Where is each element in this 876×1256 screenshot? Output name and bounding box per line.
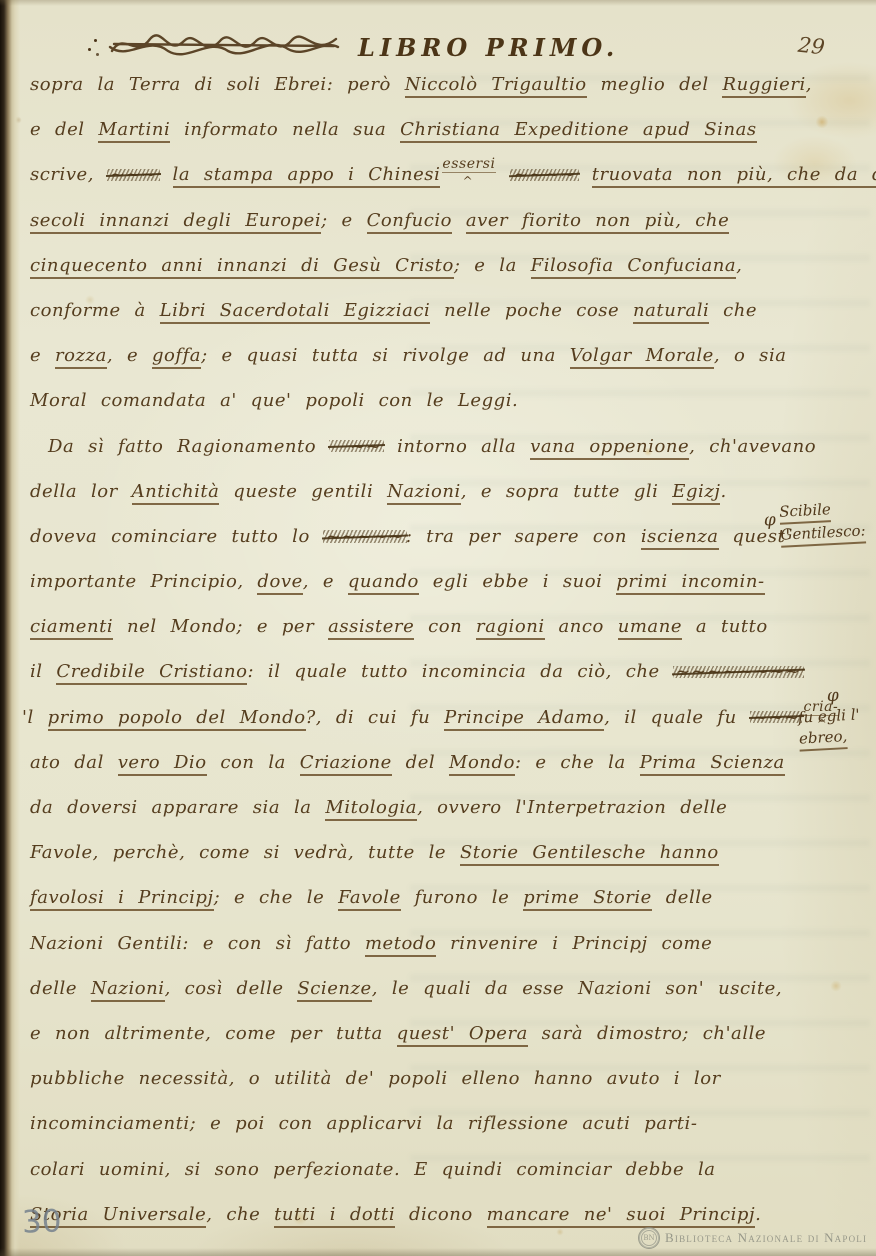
handwritten-text: iscienza (641, 526, 719, 550)
handwritten-text: umane (618, 616, 682, 640)
seal-monogram: BN (643, 1234, 654, 1242)
margin-note-lines: fu egli l'ebreo, (797, 704, 861, 751)
handwritten-text: Christiana Expeditione apud Sinas (400, 119, 757, 143)
handwritten-text: secoli innanzi degli Europei (30, 210, 321, 234)
manuscript-line: e non altrimente, come per tutta quest' … (30, 1023, 836, 1068)
handwritten-text: anco (545, 616, 618, 637)
handwritten-text: Favole (338, 887, 401, 911)
handwritten-text: , (806, 74, 812, 95)
handwritten-text: , il quale fu (604, 707, 750, 728)
handwritten-text: metodo (365, 933, 436, 957)
handwritten-text: truovata non più, che da due (592, 164, 876, 188)
handwritten-text: Principe Adamo (444, 707, 604, 731)
handwritten-text: naturali (633, 300, 709, 324)
handwritten-text: da doversi apparare sia la (30, 797, 325, 818)
handwritten-text: : tra per sapere con (406, 526, 641, 547)
manuscript-line: importante Principio, dove, e quando egl… (30, 571, 836, 616)
handwritten-text: a tutto (682, 616, 768, 637)
handwritten-text: Martini (98, 119, 170, 143)
handwritten-text: quest' Opera (397, 1023, 528, 1047)
handwritten-text (578, 164, 592, 185)
handwritten-text: , così delle (165, 978, 298, 999)
handwritten-text: delle (652, 887, 713, 908)
paragraph-mark-icon: φ (763, 510, 776, 531)
handwritten-text: e non altrimente, come per tutta (30, 1023, 397, 1044)
handwritten-text: , e sopra tutte gli (461, 481, 673, 502)
handwritten-text: rinvenire i Principj come (436, 933, 712, 954)
handwritten-text: Antichità (132, 481, 220, 505)
manuscript-line: e rozza, e goffa; e quasi tutta si rivol… (30, 345, 836, 390)
manuscript-line: conforme à Libri Sacerdotali Egizziaci n… (30, 300, 836, 345)
handwritten-text: importante Principio, (30, 571, 257, 592)
folio-number-top: 29 (797, 33, 826, 60)
handwritten-text: ciamenti (30, 616, 113, 640)
handwritten-text: ; e quasi tutta si rivolge ad una (201, 345, 570, 366)
handwritten-text: queste gentili (219, 481, 387, 502)
handwritten-text: meglio del (587, 74, 723, 95)
ink-dots (86, 35, 102, 59)
handwritten-text: nelle poche cose (430, 300, 633, 321)
handwritten-text: pubbliche necessità, o utilità de' popol… (30, 1068, 721, 1089)
body-lines: sopra la Terra di soli Ebrei: però Nicco… (30, 74, 836, 1249)
handwritten-text: tutti i dotti (274, 1204, 395, 1228)
manuscript-line: doveva cominciare tutto lo ~~~~~: tra pe… (30, 526, 836, 571)
handwritten-text: Moral comandata a' que' popoli con le Le… (30, 390, 518, 411)
handwritten-text: colari uomini, si sono perfezionate. E q… (30, 1159, 716, 1180)
handwritten-text: Da sì fatto Ragionamento (48, 436, 330, 457)
manuscript-line: colari uomini, si sono perfezionate. E q… (30, 1159, 836, 1204)
paragraph-mark-icon: φ (826, 685, 855, 706)
manuscript-page: LIBRO PRIMO. 29 sopra la Terra di soli E… (0, 0, 876, 1256)
manuscript-line: il Credibile Cristiano: il quale tutto i… (30, 661, 836, 706)
handwritten-text: . (720, 481, 726, 502)
handwritten-text: e del (30, 119, 98, 140)
handwritten-text: Mitologia (325, 797, 417, 821)
handwritten-text (452, 210, 466, 231)
handwritten-text: Prima Scienza (640, 752, 785, 776)
manuscript-line: Favole, perchè, come si vedrà, tutte le … (30, 842, 836, 887)
handwritten-text: della lor (30, 481, 132, 502)
handwritten-text: Nazioni (387, 481, 461, 505)
margin-note-text: fu egli l' (797, 705, 860, 726)
deleted-text: ~~ (330, 436, 383, 457)
handwritten-text: : e che la (515, 752, 640, 773)
manuscript-line: Moral comandata a' que' popoli con le Le… (30, 390, 836, 435)
manuscript-line: e del Martini informato nella sua Christ… (30, 119, 836, 164)
margin-note-text: Scibile (779, 499, 832, 525)
handwritten-text: sopra la Terra di soli Ebrei: però (30, 74, 405, 95)
handwritten-text: con la (207, 752, 300, 773)
handwritten-text: , e (107, 345, 152, 366)
handwritten-text: egli ebbe i suoi (419, 571, 616, 592)
inserted-text: essersi (442, 156, 495, 173)
handwritten-text: del (392, 752, 449, 773)
handwritten-text: informato nella sua (170, 119, 400, 140)
handwritten-text: primo popolo del Mondo (48, 707, 306, 731)
handwritten-text: delle (30, 978, 91, 999)
handwritten-text: Filosofia Confuciana (531, 255, 737, 279)
manuscript-line: incominciamenti; e poi con applicarvi la… (30, 1113, 836, 1158)
handwritten-text: vero Dio (118, 752, 207, 776)
handwritten-text: ; e che le (214, 887, 339, 908)
handwritten-text: e (30, 345, 55, 366)
manuscript-line: sopra la Terra di soli Ebrei: però Nicco… (30, 74, 836, 119)
handwritten-text: aver fiorito non più, che (466, 210, 729, 234)
handwritten-text: Nazioni Gentili: e con sì fatto (30, 933, 365, 954)
handwritten-text: Niccolò Trigaultio (405, 74, 587, 98)
handwritten-text: Criazione (300, 752, 392, 776)
handwritten-text: Libri Sacerdotali Egizziaci (160, 300, 431, 324)
deleted-text: ~~~~~ (324, 526, 406, 547)
handwritten-text: nel Mondo; e per (113, 616, 328, 637)
handwritten-text: , o sia (714, 345, 787, 366)
handwritten-text: conforme à (30, 300, 160, 321)
handwritten-text: ragioni (476, 616, 545, 640)
handwritten-text: ato dal (30, 752, 118, 773)
scribble-icon (108, 27, 340, 63)
handwritten-text: ; e la (454, 255, 531, 276)
deleted-text: ~~~ (108, 164, 159, 185)
manuscript-line: pubbliche necessità, o utilità de' popol… (30, 1068, 836, 1113)
handwritten-text: Nazioni (91, 978, 165, 1002)
library-watermark: BN Biblioteca Nazionale di Napoli (638, 1227, 867, 1249)
manuscript-line: Nazioni Gentili: e con sì fatto metodo r… (30, 933, 836, 978)
handwritten-text: Egizj (672, 481, 720, 505)
handwritten-text: primi incomin- (616, 571, 764, 595)
handwritten-text: che (709, 300, 757, 321)
handwritten-text: dicono (395, 1204, 487, 1225)
deleted-text: ~~~~~~~~ (674, 661, 803, 682)
manuscript-line: 'l primo popolo del Mondo?, di cui fu Pr… (22, 707, 836, 752)
handwritten-text: ?, di cui fu (306, 707, 444, 728)
handwritten-text: la stampa appo i Chinesi (173, 164, 441, 188)
margin-note-scibile: φ ScibileGentilesco: (763, 497, 866, 548)
handwritten-text: quando (348, 571, 419, 595)
handwritten-text: Favole, perchè, come si vedrà, tutte le (30, 842, 460, 863)
handwritten-text: , che (206, 1204, 274, 1225)
page-edge-top (0, 0, 876, 6)
handwritten-text: intorno alla (383, 436, 530, 457)
deleted-text: ~~~~ (511, 164, 578, 185)
handwritten-text: , ovvero l'Interpetrazion delle (417, 797, 727, 818)
library-seal-icon: BN (638, 1227, 660, 1249)
handwritten-text: , le quali da esse Nazioni son' uscite, (372, 978, 782, 999)
margin-note-ebreo: φ fu egli l'ebreo, (796, 684, 861, 751)
manuscript-line: da doversi apparare sia la Mitologia, ov… (30, 797, 836, 842)
handwritten-text: sarà dimostro; ch'alle (528, 1023, 766, 1044)
margin-note-text: ebreo, (799, 726, 848, 751)
manuscript-line: delle Nazioni, così delle Scienze, le qu… (30, 978, 836, 1023)
handwritten-text: vana oppenione (530, 436, 689, 460)
page-edge-bottom (0, 1248, 876, 1256)
binding-gutter (0, 0, 20, 1256)
handwritten-text: incominciamenti; e poi con applicarvi la… (30, 1113, 697, 1134)
handwritten-text: mancare ne' suoi Principj (487, 1204, 755, 1228)
manuscript-line: favolosi i Principj; e che le Favole fur… (30, 887, 836, 932)
handwritten-text: ; e (321, 210, 366, 231)
handwritten-text: Volgar Morale (570, 345, 714, 369)
margin-note-lines: ScibileGentilesco: (779, 497, 866, 547)
handwritten-text: prime Storie (523, 887, 652, 911)
handwritten-text: cinquecento anni innanzi di Gesù Cristo (30, 255, 454, 279)
handwritten-text: Ruggieri (722, 74, 805, 98)
handwritten-text: Scienze (297, 978, 371, 1002)
deleted-text: ~~~ (751, 707, 802, 728)
manuscript-line: cinquecento anni innanzi di Gesù Cristo;… (30, 255, 836, 300)
handwritten-text: Storie Gentilesche hanno (460, 842, 719, 866)
handwritten-text: . (755, 1204, 761, 1225)
manuscript-line: ciamenti nel Mondo; e per assistere con … (30, 616, 836, 661)
manuscript-line: ato dal vero Dio con la Criazione del Mo… (30, 752, 836, 797)
manuscript-line: Da sì fatto Ragionamento ~~ intorno alla… (30, 436, 836, 481)
handwritten-text: doveva cominciare tutto lo (30, 526, 324, 547)
handwritten-text: , (736, 255, 742, 276)
handwritten-text: rozza (55, 345, 107, 369)
handwritten-text: Confucio (367, 210, 452, 234)
handwritten-text: , e (303, 571, 348, 592)
handwritten-text: Mondo (449, 752, 515, 776)
chapter-title: LIBRO PRIMO. (358, 33, 619, 62)
scribbled-out-word (108, 27, 340, 67)
library-watermark-label: Biblioteca Nazionale di Napoli (665, 1230, 867, 1246)
handwritten-text: goffa (152, 345, 201, 369)
handwritten-text: assistere (328, 616, 414, 640)
handwritten-text: : il quale tutto incomincia da ciò, che (247, 661, 673, 682)
handwritten-text: 'l (22, 707, 48, 728)
title-row: LIBRO PRIMO. (86, 24, 619, 70)
manuscript-line: scrive, ~~~ la stampa appo i Chinesiesse… (30, 164, 836, 209)
handwritten-text: favolosi i Principj (30, 887, 214, 911)
handwritten-text: , ch'avevano (689, 436, 816, 457)
handwritten-text: con (414, 616, 476, 637)
handwritten-text: Credibile Cristiano (56, 661, 247, 685)
handwritten-text: furono le (401, 887, 523, 908)
handwritten-text: il (30, 661, 56, 682)
handwritten-text: scrive, (30, 164, 108, 185)
handwritten-text: dove (257, 571, 302, 595)
folio-number-bottom: 30 (21, 1203, 62, 1240)
margin-note-text: Gentilesco: (780, 520, 866, 547)
manuscript-line: secoli innanzi degli Europei; e Confucio… (30, 210, 836, 255)
manuscript-line: della lor Antichità queste gentili Nazio… (30, 481, 836, 526)
